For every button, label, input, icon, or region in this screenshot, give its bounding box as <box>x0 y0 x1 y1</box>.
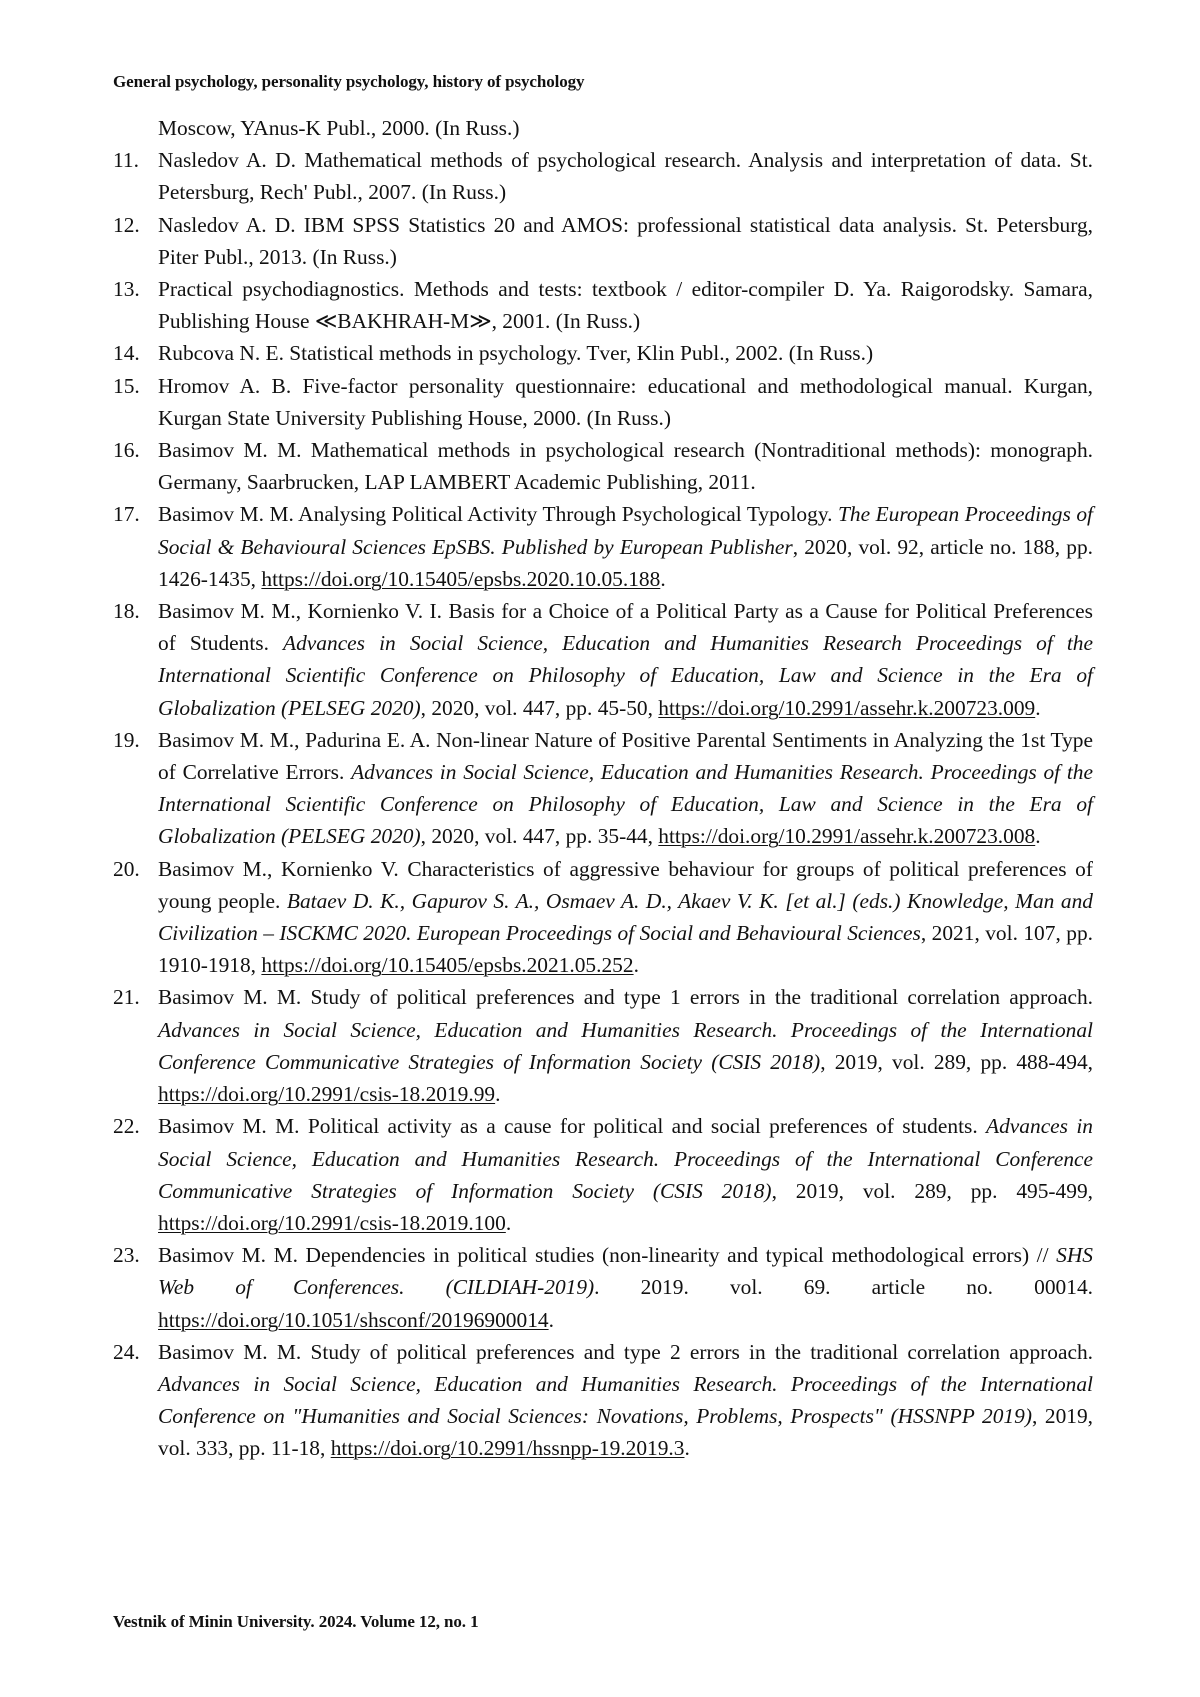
reference-item: 11.Nasledov A. D. Mathematical methods o… <box>113 144 1093 208</box>
reference-number: 15. <box>113 370 153 402</box>
reference-text: Moscow, YAnus-K Publ., 2000. (In Russ.) <box>158 116 519 140</box>
reference-text: , 2020, vol. 447, pp. 35-44, <box>421 824 659 848</box>
reference-text: Nasledov A. D. Mathematical methods of p… <box>158 148 1093 204</box>
reference-item: Moscow, YAnus-K Publ., 2000. (In Russ.) <box>113 112 1093 144</box>
reference-text: . <box>506 1211 511 1235</box>
reference-text: , 2019, vol. 289, pp. 495-499, <box>772 1179 1093 1203</box>
reference-number: 16. <box>113 434 153 466</box>
reference-item: 14.Rubcova N. E. Statistical methods in … <box>113 337 1093 369</box>
reference-text: Basimov M. M. Study of political prefere… <box>158 985 1093 1009</box>
reference-text: Rubcova N. E. Statistical methods in psy… <box>158 341 873 365</box>
reference-item: 17.Basimov M. M. Analysing Political Act… <box>113 498 1093 595</box>
reference-item: 18.Basimov M. M., Kornienko V. I. Basis … <box>113 595 1093 724</box>
reference-text: . <box>1035 824 1040 848</box>
doi-link[interactable]: https://doi.org/10.15405/epsbs.2020.10.0… <box>261 567 660 591</box>
reference-number: 11. <box>113 144 153 176</box>
reference-text: . <box>634 953 639 977</box>
reference-item: 16.Basimov M. M. Mathematical methods in… <box>113 434 1093 498</box>
reference-number: 17. <box>113 498 153 530</box>
doi-link[interactable]: https://doi.org/10.2991/assehr.k.200723.… <box>658 696 1035 720</box>
reference-number: 22. <box>113 1110 153 1142</box>
reference-item: 23.Basimov M. M. Dependencies in politic… <box>113 1239 1093 1336</box>
running-header: General psychology, personality psycholo… <box>113 72 584 92</box>
reference-number: 23. <box>113 1239 153 1271</box>
reference-number: 19. <box>113 724 153 756</box>
reference-list: Moscow, YAnus-K Publ., 2000. (In Russ.)1… <box>113 112 1093 1465</box>
reference-number: 20. <box>113 853 153 885</box>
reference-text: . <box>684 1436 689 1460</box>
reference-number: 12. <box>113 209 153 241</box>
reference-item: 19.Basimov M. M., Padurina E. A. Non-lin… <box>113 724 1093 853</box>
reference-text: Basimov M. M. Political activity as a ca… <box>158 1114 986 1138</box>
reference-item: 15.Hromov A. B. Five-factor personality … <box>113 370 1093 434</box>
reference-text: Nasledov A. D. IBM SPSS Statistics 20 an… <box>158 213 1093 269</box>
reference-text: Basimov M. M. Analysing Political Activi… <box>158 502 838 526</box>
reference-text: . <box>549 1308 554 1332</box>
reference-text: . <box>1035 696 1040 720</box>
reference-item: 24.Basimov M. M. Study of political pref… <box>113 1336 1093 1465</box>
doi-link[interactable]: https://doi.org/10.2991/csis-18.2019.99 <box>158 1082 495 1106</box>
reference-number: 21. <box>113 981 153 1013</box>
reference-source-title: Advances in Social Science, Education an… <box>158 1372 1093 1428</box>
reference-item: 20.Basimov M., Kornienko V. Characterist… <box>113 853 1093 982</box>
doi-link[interactable]: https://doi.org/10.2991/hssnpp-19.2019.3 <box>331 1436 685 1460</box>
reference-item: 13.Practical psychodiagnostics. Methods … <box>113 273 1093 337</box>
reference-text: Hromov A. B. Five-factor personality que… <box>158 374 1093 430</box>
reference-text: . <box>495 1082 500 1106</box>
reference-text: . <box>660 567 665 591</box>
doi-link[interactable]: https://doi.org/10.15405/epsbs.2021.05.2… <box>261 953 633 977</box>
reference-item: 21.Basimov M. M. Study of political pref… <box>113 981 1093 1110</box>
reference-text: Basimov M. M. Study of political prefere… <box>158 1340 1093 1364</box>
reference-number: 18. <box>113 595 153 627</box>
reference-item: 22.Basimov M. M. Political activity as a… <box>113 1110 1093 1239</box>
reference-text: Basimov M. M. Mathematical methods in ps… <box>158 438 1093 494</box>
reference-text: , 2020, vol. 447, pp. 45-50, <box>421 696 659 720</box>
reference-number: 24. <box>113 1336 153 1368</box>
running-footer: Vestnik of Minin University. 2024. Volum… <box>113 1612 479 1632</box>
reference-text: , 2019, vol. 289, pp. 488-494, <box>820 1050 1093 1074</box>
doi-link[interactable]: https://doi.org/10.2991/assehr.k.200723.… <box>658 824 1035 848</box>
doi-link[interactable]: https://doi.org/10.2991/csis-18.2019.100 <box>158 1211 506 1235</box>
reference-number: 14. <box>113 337 153 369</box>
reference-item: 12.Nasledov A. D. IBM SPSS Statistics 20… <box>113 209 1093 273</box>
reference-number: 13. <box>113 273 153 305</box>
doi-link[interactable]: https://doi.org/10.1051/shsconf/20196900… <box>158 1308 549 1332</box>
reference-text: . 2019. vol. 69. article no. 00014. <box>594 1275 1093 1299</box>
reference-text: Practical psychodiagnostics. Methods and… <box>158 277 1093 333</box>
reference-text: Basimov M. M. Dependencies in political … <box>158 1243 1056 1267</box>
